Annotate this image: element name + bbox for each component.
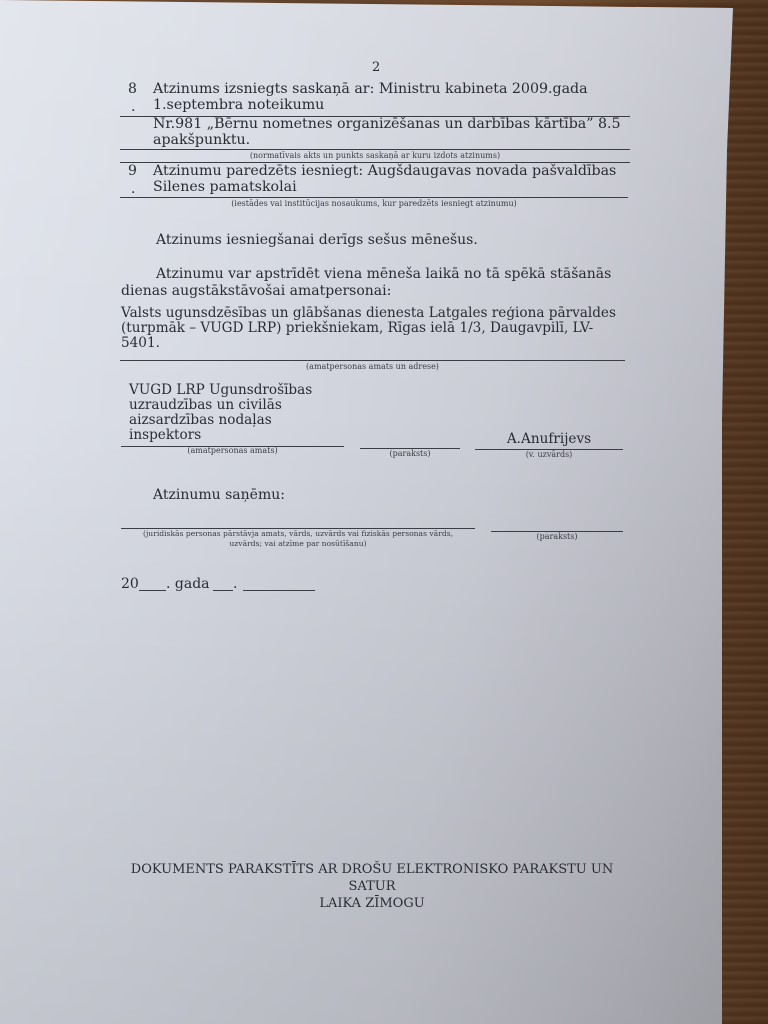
official-position-caption: (amatpersonas amats) (121, 446, 344, 455)
date-gada-label: . gada (166, 576, 210, 592)
official-position-line-1: VUGD LRP Ugunsdrošības (129, 383, 312, 398)
official-position-line-3: aizsardzības nodaļas (129, 413, 272, 428)
recipient-caption-line-1: (juridiskās personas pārstāvja amats, vā… (121, 529, 475, 538)
page-number: 2 (372, 60, 380, 75)
item-8-line-1: Atzinums izsniegts saskaņā ar: Ministru … (153, 82, 588, 97)
item-9-underline (120, 197, 628, 198)
validity-statement: Atzinums iesniegšanai derīgs sešus mēneš… (156, 232, 478, 248)
date-month-blank (243, 590, 315, 591)
e-signature-notice: DOKUMENTS PARAKSTĪTS AR DROŠU ELEKTRONIS… (107, 861, 637, 912)
item-9-line-1: Atzinumu paredzēts iesniegt: Augšdaugava… (153, 164, 616, 179)
item-8-line-3: Nr.981 „Bērnu nometnes organizēšanas un … (153, 117, 621, 132)
official-signature-caption: (paraksts) (360, 449, 460, 458)
e-signature-notice-line-1: DOKUMENTS PARAKSTĪTS AR DROŠU ELEKTRONIS… (107, 861, 637, 878)
received-label: Atzinumu saņēmu: (153, 487, 285, 503)
official-name-caption: (v. uzvārds) (475, 450, 623, 459)
item-8-line-4: apakšpunktu. (153, 133, 250, 148)
item-8-underline-2 (120, 149, 630, 150)
authority-line-2: (turpmāk – VUGD LRP) priekšniekam, Rīgas… (121, 321, 593, 336)
date-year-prefix: 20 (121, 576, 139, 592)
official-position-line-4: inspektors (129, 428, 201, 443)
date-year-blank (139, 590, 166, 591)
item-9-dot: . (131, 181, 135, 197)
item-9-caption: (iestādes vai institūcijas nosaukums, ku… (120, 199, 628, 208)
item-9-line-2: Silenes pamatskolai (153, 180, 297, 195)
recipient-signature-caption: (paraksts) (491, 532, 623, 541)
date-day-blank (213, 590, 233, 591)
item-8-line-2: 1.septembra noteikumu (153, 98, 324, 113)
appeal-line-1: Atzinumu var apstrīdēt viena mēneša laik… (156, 266, 611, 282)
e-signature-notice-line-2: SATUR (107, 878, 637, 895)
authority-line-3: 5401. (121, 336, 160, 351)
authority-caption: (amatpersonas amats un adrese) (120, 362, 625, 371)
official-position-line-2: uzraudzības un civilās (129, 398, 282, 413)
recipient-caption-line-2: uzvārds; vai atzīme par nosūtīšanu) (121, 539, 475, 548)
e-signature-notice-line-3: LAIKA ZĪMOGU (107, 895, 637, 912)
item-8-number: 8 (128, 81, 137, 97)
official-name: A.Anufrijevs (475, 432, 623, 447)
authority-underline (120, 360, 625, 361)
authority-line-1: Valsts ugunsdzēsības un glābšanas dienes… (121, 306, 616, 321)
item-9-number: 9 (128, 163, 137, 179)
appeal-line-2: dienas augstākstāvošai amatpersonai: (121, 283, 391, 299)
item-8-dot: . (131, 99, 135, 115)
item-8-caption: (normatīvais akts un punkts saskaņā ar k… (120, 151, 630, 160)
date-dot: . (233, 576, 237, 592)
